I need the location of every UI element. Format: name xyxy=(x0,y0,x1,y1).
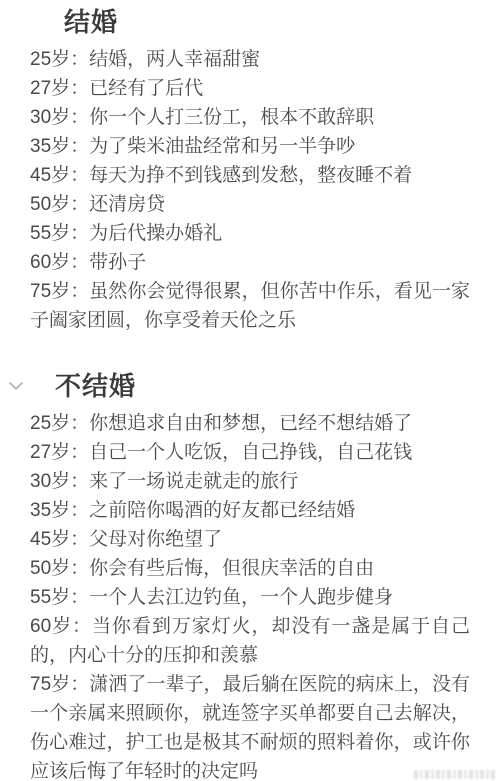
entry-text: 你会有些后悔，但很庆幸活的自由 xyxy=(89,558,374,579)
age-separator: ： xyxy=(70,136,89,157)
age-entry: 45岁：每天为挣不到钱感到发愁，整夜睡不着 xyxy=(30,161,470,190)
age-label: 27岁 xyxy=(30,442,70,463)
age-entry: 27岁：自己一个人吃饭，自己挣钱，自己花钱 xyxy=(30,438,470,467)
entry-text: 已经有了后代 xyxy=(89,78,203,99)
age-entry: 55岁：一个人去江边钓鱼，一个人跑步健身 xyxy=(30,583,470,612)
watermark-smudge xyxy=(414,770,496,779)
age-separator: ： xyxy=(70,252,89,273)
age-entry: 55岁：为后代操办婚礼 xyxy=(30,219,470,248)
age-separator: ： xyxy=(70,529,89,550)
age-separator: ： xyxy=(70,165,89,186)
entry-text: 带孙子 xyxy=(89,252,146,273)
age-entry: 60岁：当你看到万家灯火，却没有一盏是属于自己的，内心十分的压抑和羡慕 xyxy=(30,612,470,670)
entry-text: 自己一个人吃饭，自己挣钱，自己花钱 xyxy=(89,442,412,463)
age-entry: 60岁：带孙子 xyxy=(30,248,470,277)
section-title: 结婚 xyxy=(64,5,470,39)
entry-text: 虽然你会觉得很累，但你苦中作乐，看见一家子阖家团圆，你享受着天伦之乐 xyxy=(30,281,470,331)
sections-root: 结婚 25岁：结婚，两人幸福甜蜜 27岁：已经有了后代 30岁：你一个人打三份工… xyxy=(30,5,470,781)
entry-text: 来了一场说走就走的旅行 xyxy=(89,471,298,492)
entry-text: 之前陪你喝酒的好友都已经结婚 xyxy=(89,500,355,521)
age-separator: ： xyxy=(70,587,89,608)
age-separator: ： xyxy=(70,49,89,70)
section-entries: 25岁：你想追求自由和梦想，已经不想结婚了 27岁：自己一个人吃饭，自己挣钱，自… xyxy=(30,409,470,781)
entry-text: 还清房贷 xyxy=(89,194,165,215)
entry-text: 你一个人打三份工，根本不敢辞职 xyxy=(89,107,374,128)
age-label: 27岁 xyxy=(30,78,70,99)
age-separator: ： xyxy=(70,107,89,128)
age-entry: 75岁：虽然你会觉得很累，但你苦中作乐，看见一家子阖家团圆，你享受着天伦之乐 xyxy=(30,277,470,335)
age-separator: ： xyxy=(70,413,89,434)
age-section: 结婚 25岁：结婚，两人幸福甜蜜 27岁：已经有了后代 30岁：你一个人打三份工… xyxy=(30,5,470,335)
entry-text: 当你看到万家灯火，却没有一盏是属于自己的，内心十分的压抑和羡慕 xyxy=(30,616,470,666)
age-entry: 50岁：还清房贷 xyxy=(30,190,470,219)
entry-text: 为后代操办婚礼 xyxy=(89,223,222,244)
age-label: 35岁 xyxy=(30,500,70,521)
section-title: 不结婚 xyxy=(55,369,470,403)
entry-text: 为了柴米油盐经常和另一半争吵 xyxy=(89,136,355,157)
age-label: 60岁 xyxy=(30,616,72,637)
age-label: 55岁 xyxy=(30,223,70,244)
age-label: 45岁 xyxy=(30,165,70,186)
age-label: 60岁 xyxy=(30,252,70,273)
entry-text: 一个人去江边钓鱼，一个人跑步健身 xyxy=(89,587,393,608)
age-separator: ： xyxy=(70,558,89,579)
age-separator: ： xyxy=(70,194,89,215)
age-label: 30岁 xyxy=(30,471,70,492)
age-separator: ： xyxy=(70,223,89,244)
age-entry: 50岁：你会有些后悔，但很庆幸活的自由 xyxy=(30,554,470,583)
entry-text: 潇洒了一辈子，最后躺在医院的病床上，没有一个亲属来照顾你，就连签字买单都要自己去… xyxy=(30,674,470,781)
age-entry: 35岁：为了柴米油盐经常和另一半争吵 xyxy=(30,132,470,161)
age-label: 50岁 xyxy=(30,194,70,215)
age-section: 不结婚 25岁：你想追求自由和梦想，已经不想结婚了 27岁：自己一个人吃饭，自己… xyxy=(30,369,470,781)
age-label: 55岁 xyxy=(30,587,70,608)
entry-text: 你想追求自由和梦想，已经不想结婚了 xyxy=(89,413,412,434)
section-heading-row: 结婚 xyxy=(30,5,470,39)
age-separator: ： xyxy=(70,442,89,463)
age-separator: ： xyxy=(70,471,89,492)
age-separator: ： xyxy=(70,78,89,99)
entry-text: 结婚，两人幸福甜蜜 xyxy=(89,49,260,70)
age-entry: 25岁：结婚，两人幸福甜蜜 xyxy=(30,45,470,74)
age-entry: 45岁：父母对你绝望了 xyxy=(30,525,470,554)
chevron-down-icon[interactable] xyxy=(8,380,24,392)
age-separator: ： xyxy=(70,281,89,302)
age-separator: ： xyxy=(72,616,92,637)
age-entry: 25岁：你想追求自由和梦想，已经不想结婚了 xyxy=(30,409,470,438)
age-entry: 30岁：来了一场说走就走的旅行 xyxy=(30,467,470,496)
section-heading-row: 不结婚 xyxy=(30,369,470,403)
age-label: 75岁 xyxy=(30,281,70,302)
age-entry: 35岁：之前陪你喝酒的好友都已经结婚 xyxy=(30,496,470,525)
age-entry: 27岁：已经有了后代 xyxy=(30,74,470,103)
section-entries: 25岁：结婚，两人幸福甜蜜 27岁：已经有了后代 30岁：你一个人打三份工，根本… xyxy=(30,45,470,335)
age-entry: 75岁：潇洒了一辈子，最后躺在医院的病床上，没有一个亲属来照顾你，就连签字买单都… xyxy=(30,670,470,781)
age-label: 50岁 xyxy=(30,558,70,579)
age-entry: 30岁：你一个人打三份工，根本不敢辞职 xyxy=(30,103,470,132)
age-label: 25岁 xyxy=(30,49,70,70)
age-label: 30岁 xyxy=(30,107,70,128)
age-separator: ： xyxy=(70,500,89,521)
entry-text: 父母对你绝望了 xyxy=(89,529,222,550)
age-label: 75岁 xyxy=(30,674,70,695)
age-label: 35岁 xyxy=(30,136,70,157)
age-label: 25岁 xyxy=(30,413,70,434)
age-label: 45岁 xyxy=(30,529,70,550)
document: 结婚 25岁：结婚，两人幸福甜蜜 27岁：已经有了后代 30岁：你一个人打三份工… xyxy=(0,0,500,781)
age-separator: ： xyxy=(70,674,89,695)
entry-text: 每天为挣不到钱感到发愁，整夜睡不着 xyxy=(89,165,412,186)
